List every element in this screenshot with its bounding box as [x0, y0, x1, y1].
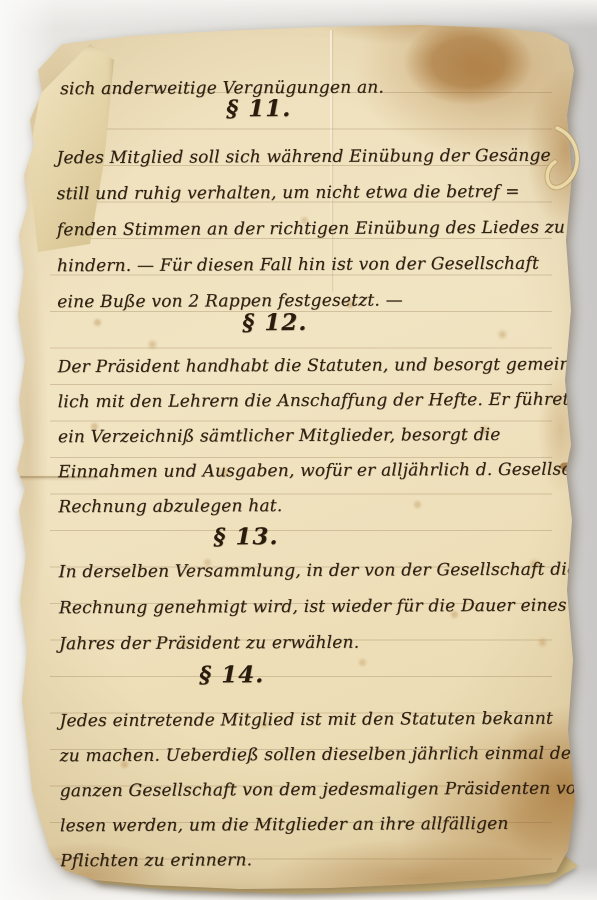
section-11-paragraph: Jedes Mitglied soll sich während Einübun… [56, 138, 565, 321]
manuscript-line: ein Verzeichniß sämtlicher Mitglieder, b… [58, 417, 597, 455]
manuscript-line: Jahres der Präsident zu erwählen. [59, 624, 578, 663]
manuscript-text: sich anderweitige Vergnügungen an. § 11.… [0, 0, 597, 900]
manuscript-line: sich anderweitige Vergnügungen an. [60, 74, 384, 104]
scanned-document: sich anderweitige Vergnügungen an. § 11.… [0, 0, 597, 900]
section-heading-13: § 13. [213, 524, 278, 550]
manuscript-line: hindern. — Für diesen Fall hin ist von d… [57, 246, 565, 285]
manuscript-line: Pflichten zu erinnern. [60, 841, 597, 879]
manuscript-line: zu machen. Ueberdieß sollen dieselben jä… [60, 736, 597, 774]
manuscript-line: still und ruhig verhalten, um nicht etwa… [57, 174, 565, 213]
section-12-paragraph: Der Präsident handhabt die Statuten, und… [57, 347, 597, 525]
binding-thread [538, 118, 592, 218]
manuscript-line: Einnahmen und Ausgaben, wofür er alljähr… [58, 452, 597, 490]
manuscript-line: fenden Stimmen an der richtigen Einübung… [57, 210, 565, 249]
section-14-paragraph: Jedes eintretende Mitglied ist mit den S… [59, 701, 597, 879]
manuscript-line: Rechnung abzulegen hat. [58, 487, 597, 525]
manuscript-page: sich anderweitige Vergnügungen an. § 11.… [0, 0, 597, 900]
manuscript-line: eine Buße von 2 Rappen festgesetzt. — [57, 282, 565, 321]
fox-spots [0, 0, 5, 5]
manuscript-line: lesen werden, um die Mitglieder an ihre … [60, 806, 597, 844]
manuscript-line: In derselben Versammlung, in der von der… [59, 552, 578, 591]
manuscript-line: ganzen Gesellschaft von dem jedesmaligen… [60, 771, 597, 809]
section-heading-14: § 14. [199, 662, 264, 688]
section-heading-11: § 11. [226, 96, 291, 122]
section-13-paragraph: In derselben Versammlung, in der von der… [59, 552, 578, 663]
section-heading-12: § 12. [242, 310, 307, 336]
manuscript-line: Jedes eintretende Mitglied ist mit den S… [59, 701, 597, 739]
manuscript-line: lich mit den Lehrern die Anschaffung der… [58, 382, 597, 420]
manuscript-line: Rechnung genehmigt wird, ist wieder für … [59, 588, 578, 627]
manuscript-line: Jedes Mitglied soll sich während Einübun… [56, 138, 564, 177]
paper: sich anderweitige Vergnügungen an. § 11.… [0, 0, 597, 900]
manuscript-line: Der Präsident handhabt die Statuten, und… [57, 347, 597, 385]
